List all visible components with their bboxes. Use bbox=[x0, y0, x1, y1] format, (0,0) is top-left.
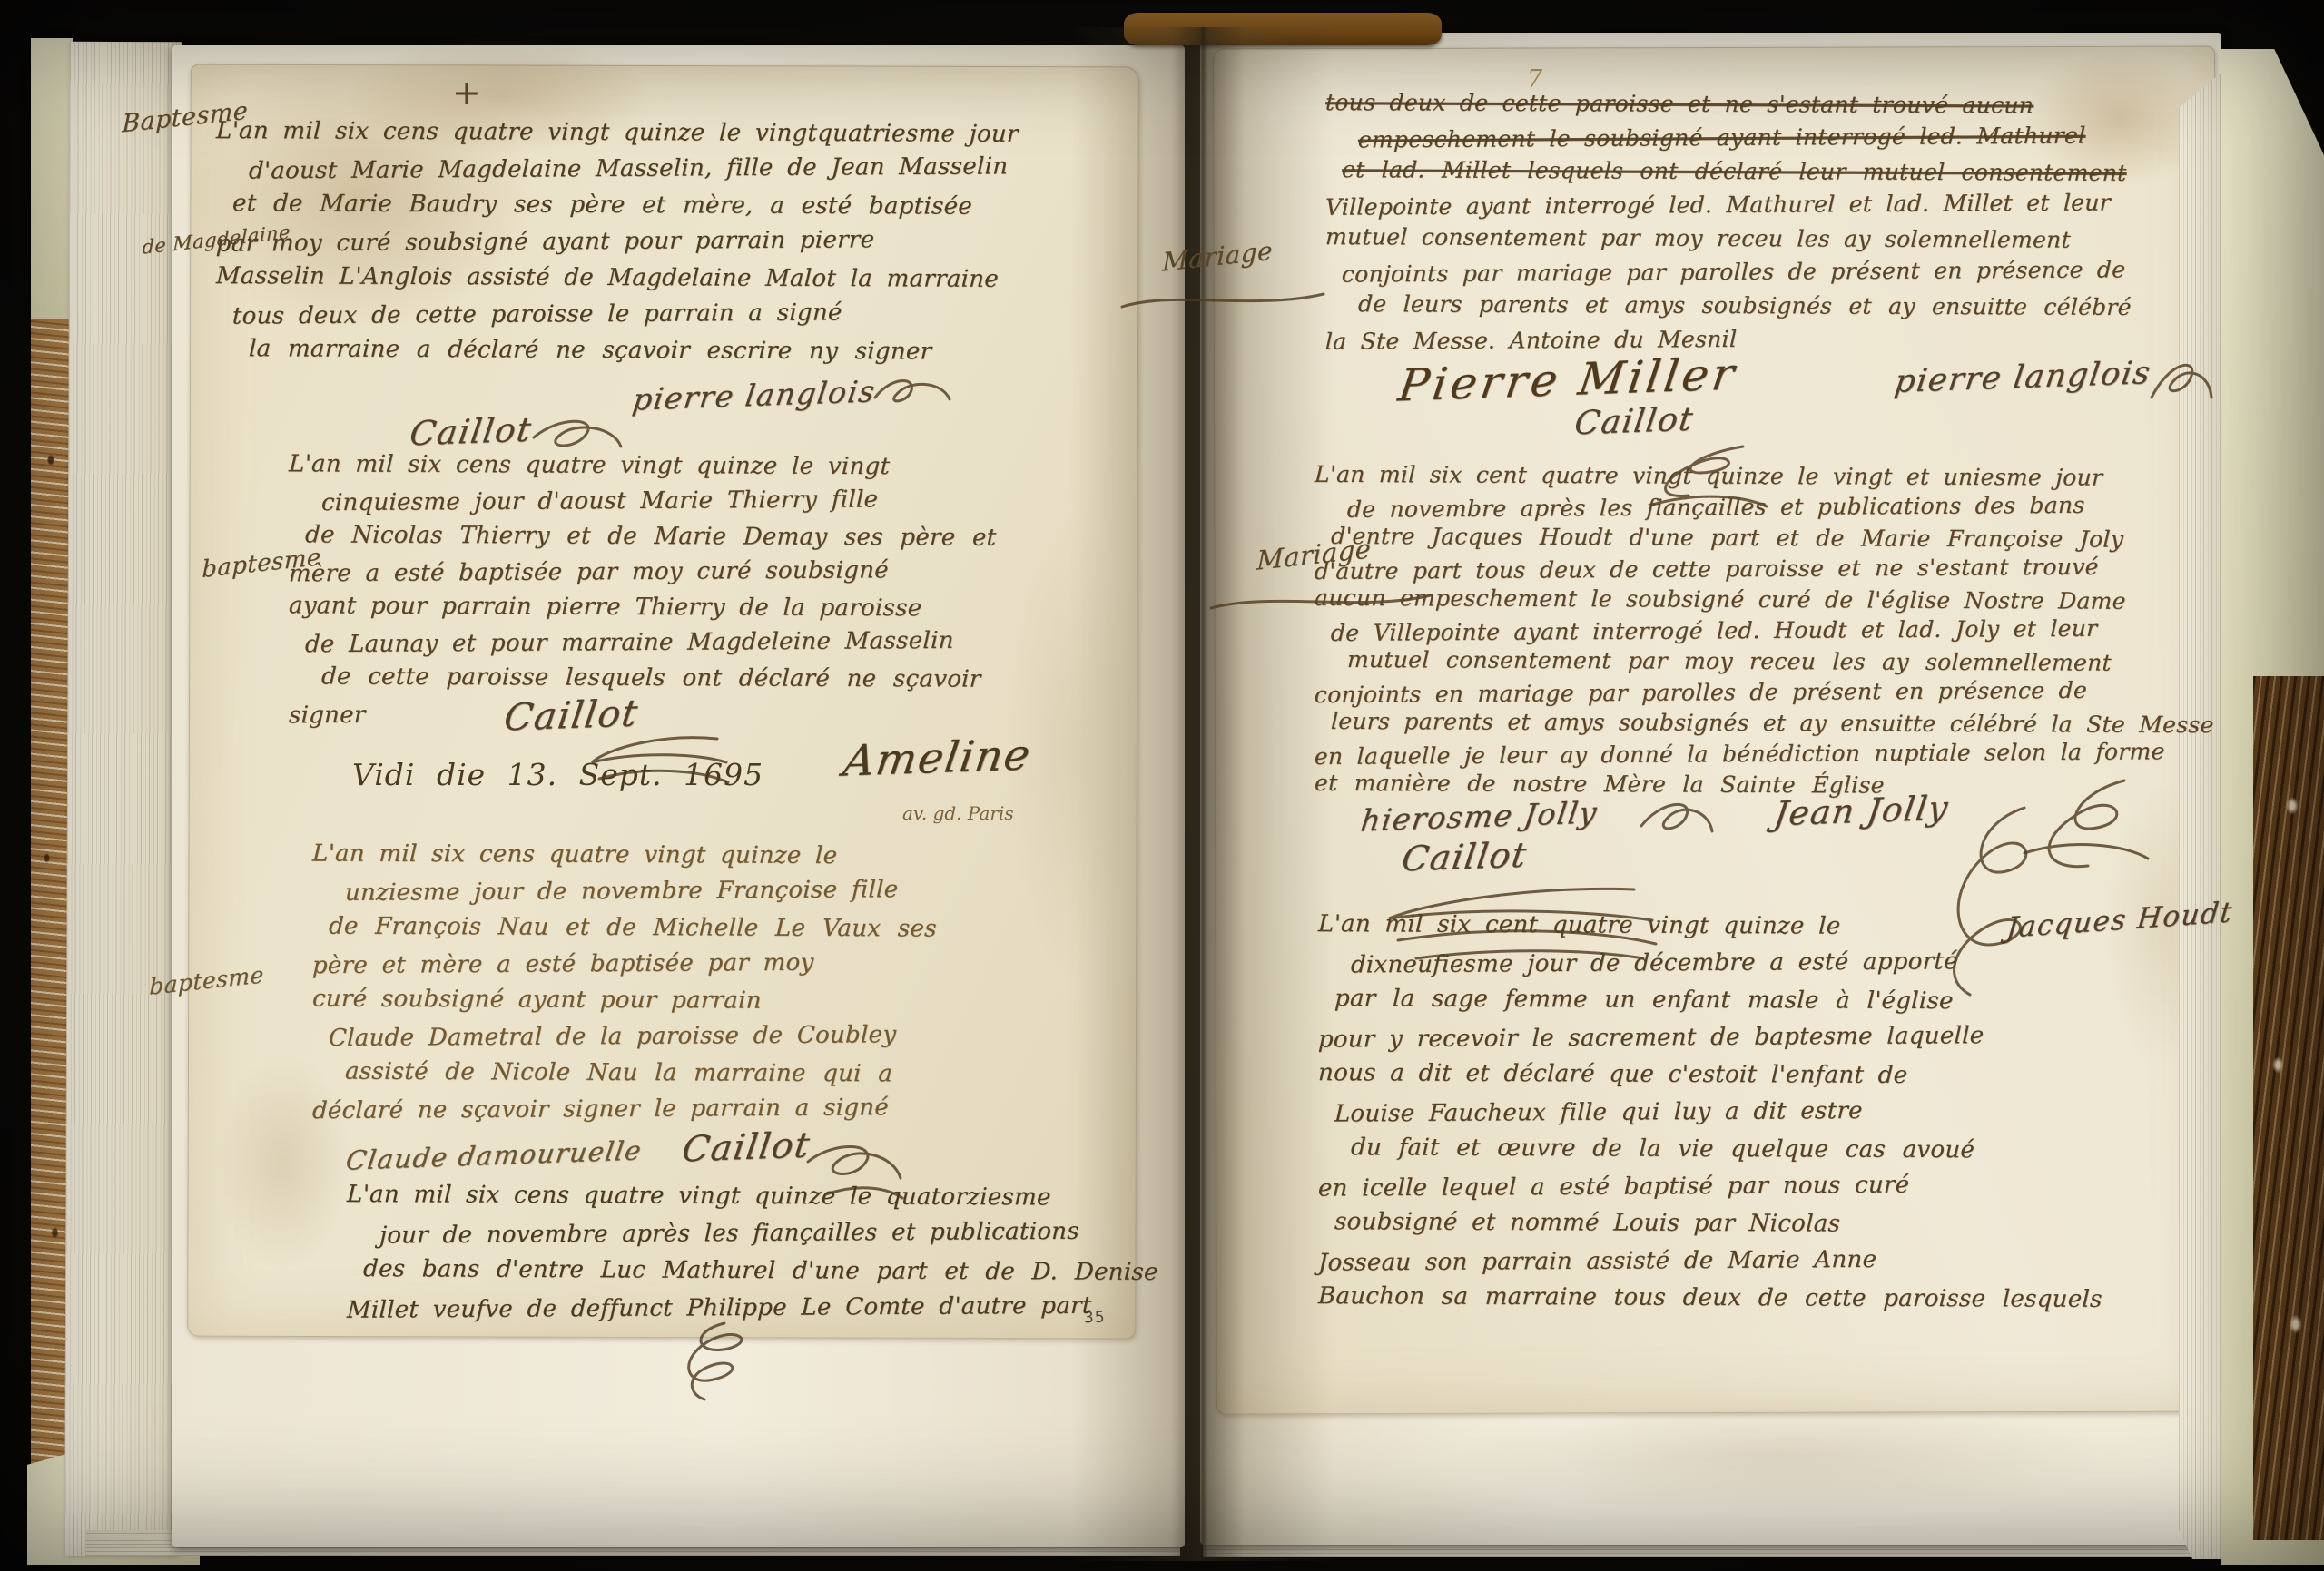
signature-ameline: Ameline bbox=[841, 730, 1035, 786]
manuscript-line: ayant pour parrain pierre Thierry de la … bbox=[288, 588, 997, 626]
manuscript-line: assisté de Nicole Nau la marraine qui a bbox=[311, 1053, 937, 1092]
marriage-entry-houdt-joly: L'an mil six cent quatre vingt quinze le… bbox=[1315, 461, 2214, 800]
manuscript-line: de Launay et pour marraine Magdeleine Ma… bbox=[288, 623, 997, 663]
manuscript-line: de novembre après les fiançailles et pub… bbox=[1314, 489, 2214, 525]
manuscript-line: L'an mil six cent quatre vingt quinze le bbox=[1317, 906, 2102, 947]
manuscript-line: déclaré ne sçavoir signer le parrain a s… bbox=[311, 1089, 937, 1129]
manuscript-line: mère a esté baptisée par moy curé soubsi… bbox=[288, 553, 997, 593]
manuscript-line: Millet veufve de deffunct Philippe Le Co… bbox=[346, 1287, 1158, 1329]
manuscript-line: en laquelle je leur ay donné la bénédict… bbox=[1314, 736, 2214, 772]
manuscript-line: L'an mil six cens quatre vingt quinze le… bbox=[346, 1176, 1158, 1217]
signature-caillot-2: Caillot bbox=[501, 691, 641, 739]
ameline-subscript: av. gd. Paris bbox=[902, 802, 1014, 824]
baptism-entry-nau: L'an mil six cens quatre vingt quinze le… bbox=[312, 837, 937, 1127]
manuscript-line: par moy curé soubsigné ayant pour parrai… bbox=[215, 221, 1019, 261]
manuscript-line: Bauchon sa marraine tous deux de cette p… bbox=[1317, 1278, 2102, 1319]
manuscript-line: Villepointe ayant interrogé led. Mathure… bbox=[1324, 185, 2132, 223]
manuscript-line: curé soubsigné ayant pour parrain bbox=[311, 980, 937, 1019]
manuscript-line: Masselin L'Anglois assisté de Magdelaine… bbox=[215, 258, 1019, 298]
manuscript-line: d'aoust Marie Magdelaine Masselin, fille… bbox=[215, 148, 1019, 189]
manuscript-line: leurs parents et amys soubsignés et ay e… bbox=[1314, 706, 2214, 741]
manuscript-line: jour de novembre après les fiançailles e… bbox=[346, 1213, 1158, 1254]
parchment-cover-left-top bbox=[31, 38, 73, 338]
manuscript-line: de leurs parents et amys soubsignés et a… bbox=[1324, 287, 2132, 324]
manuscript-line: et de Marie Baudry ses père et mère, a e… bbox=[215, 185, 1019, 225]
manuscript-line: Louise Faucheux fille qui luy a dit estr… bbox=[1317, 1091, 2102, 1133]
marriage-banns-entry-mathurel: L'an mil six cens quatre vingt quinze le… bbox=[347, 1178, 1158, 1327]
marriage-entry-mathurel-millet: tous deux de cette paroisse et ne s'esta… bbox=[1325, 87, 2132, 356]
baptism-entry-masselin: L'an mil six cens quatre vingt quinze le… bbox=[216, 114, 1019, 368]
manuscript-line: soubsigné et nommé Louis par Nicolas bbox=[1317, 1203, 2102, 1244]
page-edges-left bbox=[64, 42, 182, 1556]
manuscript-line: par la sage femme un enfant masle à l'ég… bbox=[1317, 980, 2102, 1021]
manuscript-line: conjoints par mariage par parolles de pr… bbox=[1324, 252, 2132, 290]
manuscript-line: du fait et œuvre de la vie quelque cas a… bbox=[1317, 1129, 2102, 1170]
manuscript-line: de cette paroisse lesquels ont déclaré n… bbox=[288, 659, 997, 697]
signature-caillot-5: Caillot bbox=[1400, 835, 1531, 879]
manuscript-line: cinquiesme jour d'aoust Marie Thierry fi… bbox=[288, 482, 997, 522]
manuscript-line: empeschement le soubsigné ayant interrog… bbox=[1324, 118, 2132, 156]
manuscript-line: signer bbox=[288, 694, 997, 734]
manuscript-line: L'an mil six cent quatre vingt quinze le… bbox=[1314, 459, 2214, 494]
signature-caillot-4: Caillot bbox=[1572, 401, 1697, 443]
manuscript-line: L'an mil six cens quatre vingt quinze le… bbox=[215, 113, 1019, 152]
folio-stamp: 35 bbox=[1084, 1309, 1106, 1328]
manuscript-line: pour y recevoir le sacrement de baptesme… bbox=[1317, 1016, 2102, 1058]
manuscript-line: des bans d'entre Luc Mathurel d'une part… bbox=[346, 1251, 1158, 1291]
manuscript-line: tous deux de cette paroisse et ne s'esta… bbox=[1324, 85, 2132, 123]
manuscript-line: aucun empeschement le soubsigné curé de … bbox=[1314, 583, 2214, 617]
manuscript-line: d'autre part tous deux de cette paroisse… bbox=[1314, 551, 2214, 587]
manuscript-line: L'an mil six cens quatre vingt quinze le… bbox=[288, 447, 997, 485]
manuscript-line: conjoints en mariage par parolles de pré… bbox=[1314, 674, 2214, 711]
manuscript-line: Claude Dametral de la paroisse de Couble… bbox=[311, 1016, 937, 1056]
manuscript-line: de Villepointe ayant interrogé led. Houd… bbox=[1314, 613, 2214, 649]
marbled-board-right bbox=[2253, 676, 2324, 1540]
manuscript-line: mutuel consentement par moy receu les ay… bbox=[1314, 644, 2214, 679]
signature-jean-jolly: Jean Jolly bbox=[1771, 789, 1951, 834]
manuscript-line: de Nicolas Thierry et de Marie Demay ses… bbox=[288, 517, 997, 555]
manuscript-line: unziesme jour de novembre Françoise fill… bbox=[311, 871, 937, 911]
manuscript-line: tous deux de cette paroisse le parrain a… bbox=[215, 293, 1019, 334]
manuscript-line: et lad. Millet lesquels ont déclaré leur… bbox=[1324, 152, 2132, 190]
manuscript-line: Josseau son parrain assisté de Marie Ann… bbox=[1317, 1240, 2102, 1281]
manuscript-line: la marraine a déclaré ne sçavoir escrire… bbox=[215, 330, 1019, 370]
baptism-entry-thierry: L'an mil six cens quatre vingt quinze le… bbox=[289, 448, 997, 731]
manuscript-line: nous a dit et déclaré que c'estoit l'enf… bbox=[1317, 1055, 2102, 1095]
manuscript-line: de François Nau et de Michelle Le Vaux s… bbox=[311, 908, 937, 947]
manuscript-line: mutuel consentement par moy receu les ay… bbox=[1324, 220, 2132, 257]
manuscript-line: en icelle lequel a esté baptisé par nous… bbox=[1317, 1165, 2102, 1207]
cross-mark: + bbox=[452, 73, 481, 113]
manuscript-line: d'entre Jacques Houdt d'une part et de M… bbox=[1314, 521, 2214, 555]
manuscript-line: et manière de nostre Mère la Sainte Égli… bbox=[1314, 768, 2214, 802]
signature-caillot-3: Caillot bbox=[679, 1125, 812, 1171]
vidi-inspection-line: Vidi die 13. Sept. 1695 bbox=[352, 757, 763, 792]
parish-register-scan: + Baptesme de Magdelaine L'an mil six ce… bbox=[0, 0, 2324, 1571]
baptism-entry-foundling: L'an mil six cent quatre vingt quinze le… bbox=[1318, 908, 2102, 1317]
manuscript-line: père et mère a esté baptisée par moy bbox=[311, 944, 937, 984]
manuscript-line: dixneufiesme jour de décembre a esté app… bbox=[1317, 942, 2102, 984]
manuscript-line: L'an mil six cens quatre vingt quinze le bbox=[311, 835, 937, 874]
